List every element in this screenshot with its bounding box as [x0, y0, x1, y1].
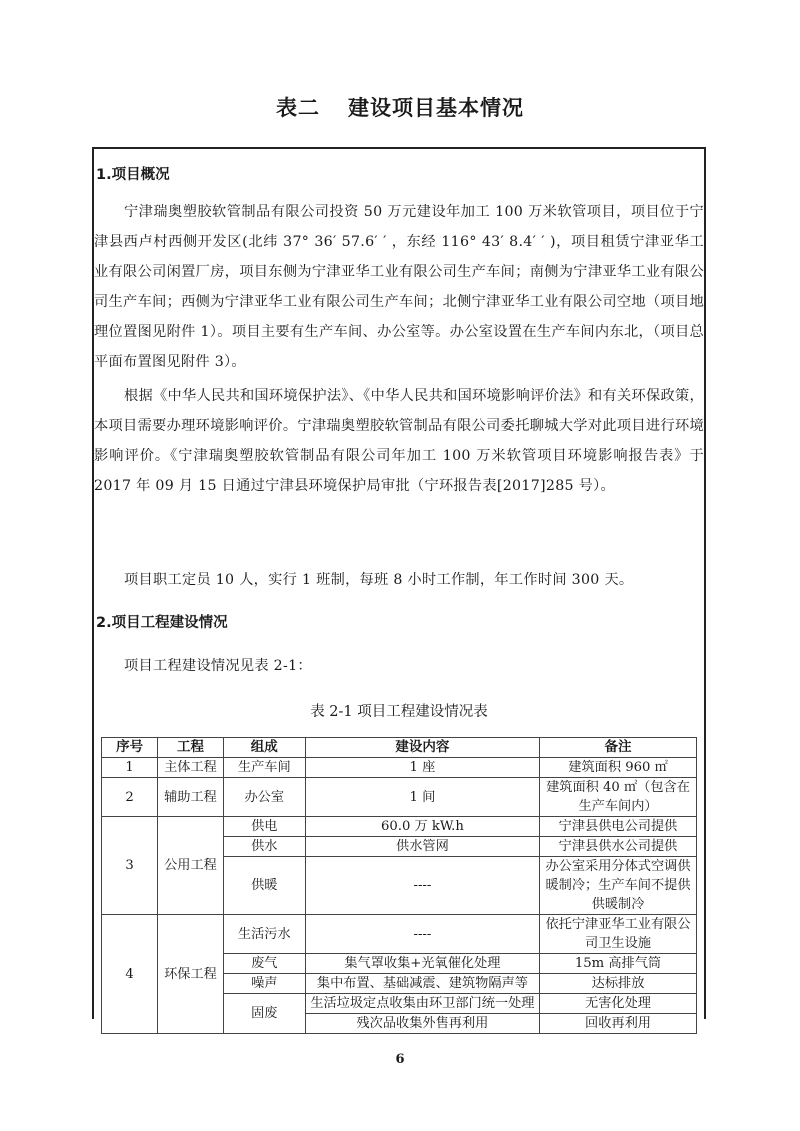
table-row: 3 公用工程 供电 60.0 万 kW.h 宁津县供电公司提供 [102, 817, 697, 837]
section2-heading: 2.项目工程建设情况 [96, 611, 228, 632]
cell-content: 生活垃圾定点收集由环卫部门统一处理 [305, 994, 539, 1014]
cell-content: 集气罩收集+光氧催化处理 [305, 954, 539, 974]
cell-component: 供水 [223, 837, 305, 857]
section2-intro: 项目工程建设情况见表 2-1： [94, 651, 704, 681]
cell-project: 公用工程 [158, 817, 224, 915]
cell-note: 宁津县供水公司提供 [540, 837, 697, 857]
cell-no: 4 [102, 915, 158, 1034]
cell-no: 3 [102, 817, 158, 915]
header-project: 工程 [158, 738, 224, 758]
table-row: 2 辅助工程 办公室 1 间 建筑面积 40 ㎡（包含在生产车间内） [102, 778, 697, 817]
cell-content: 集中布置、基础减震、建筑物隔声等 [305, 974, 539, 994]
table-row: 4 环保工程 生活污水 ---- 依托宁津亚华工业有限公司卫生设施 [102, 915, 697, 954]
cell-note: 建筑面积 960 ㎡ [540, 758, 697, 778]
cell-note: 建筑面积 40 ㎡（包含在生产车间内） [540, 778, 697, 817]
content-frame: 1.项目概况 宁津瑞奥塑胶软管制品有限公司投资 50 万元建设年加工 100 万… [92, 147, 706, 1019]
cell-note: 宁津县供电公司提供 [540, 817, 697, 837]
cell-note: 无害化处理 [540, 994, 697, 1014]
section1-heading: 1.项目概况 [96, 163, 170, 184]
cell-component: 废气 [223, 954, 305, 974]
cell-content: 1 间 [305, 778, 539, 817]
cell-component: 噪声 [223, 974, 305, 994]
section1-paragraph-1: 宁津瑞奥塑胶软管制品有限公司投资 50 万元建设年加工 100 万米软管项目，项… [94, 197, 704, 377]
header-note: 备注 [540, 738, 697, 758]
section1-paragraph-3: 项目职工定员 10 人，实行 1 班制，每班 8 小时工作制，年工作时间 300… [94, 565, 704, 595]
cell-note: 回收再利用 [540, 1014, 697, 1034]
cell-content: 残次品收集外售再利用 [305, 1014, 539, 1034]
title-table-number: 表二 [276, 96, 320, 120]
section1-paragraph-2: 根据《中华人民共和国环境保护法》、《中华人民共和国环境影响评价法》和有关环保政策… [94, 381, 704, 501]
cell-component: 生活污水 [223, 915, 305, 954]
table-header-row: 序号 工程 组成 建设内容 备注 [102, 738, 697, 758]
cell-no: 1 [102, 758, 158, 778]
cell-note: 15m 高排气筒 [540, 954, 697, 974]
project-table: 序号 工程 组成 建设内容 备注 1 主体工程 生产车间 1 座 建筑面积 96… [101, 737, 697, 1034]
cell-content: 60.0 万 kW.h [305, 817, 539, 837]
cell-component: 办公室 [223, 778, 305, 817]
cell-content: ---- [305, 915, 539, 954]
page-number: 6 [0, 1052, 800, 1067]
cell-no: 2 [102, 778, 158, 817]
cell-component: 固废 [223, 994, 305, 1034]
header-component: 组成 [223, 738, 305, 758]
cell-note: 办公室采用分体式空调供暖制冷；生产车间不提供供暖制冷 [540, 857, 697, 915]
table-caption: 表 2-1 项目工程建设情况表 [94, 700, 704, 721]
header-no: 序号 [102, 738, 158, 758]
cell-project: 辅助工程 [158, 778, 224, 817]
cell-note: 依托宁津亚华工业有限公司卫生设施 [540, 915, 697, 954]
title-text: 建设项目基本情况 [348, 96, 524, 120]
cell-content: ---- [305, 857, 539, 915]
cell-content: 1 座 [305, 758, 539, 778]
cell-component: 供暖 [223, 857, 305, 915]
cell-project: 环保工程 [158, 915, 224, 1034]
table-row: 1 主体工程 生产车间 1 座 建筑面积 960 ㎡ [102, 758, 697, 778]
header-content: 建设内容 [305, 738, 539, 758]
cell-project: 主体工程 [158, 758, 224, 778]
cell-note: 达标排放 [540, 974, 697, 994]
cell-component: 供电 [223, 817, 305, 837]
cell-component: 生产车间 [223, 758, 305, 778]
cell-content: 供水管网 [305, 837, 539, 857]
page-title: 表二建设项目基本情况 [0, 92, 800, 122]
